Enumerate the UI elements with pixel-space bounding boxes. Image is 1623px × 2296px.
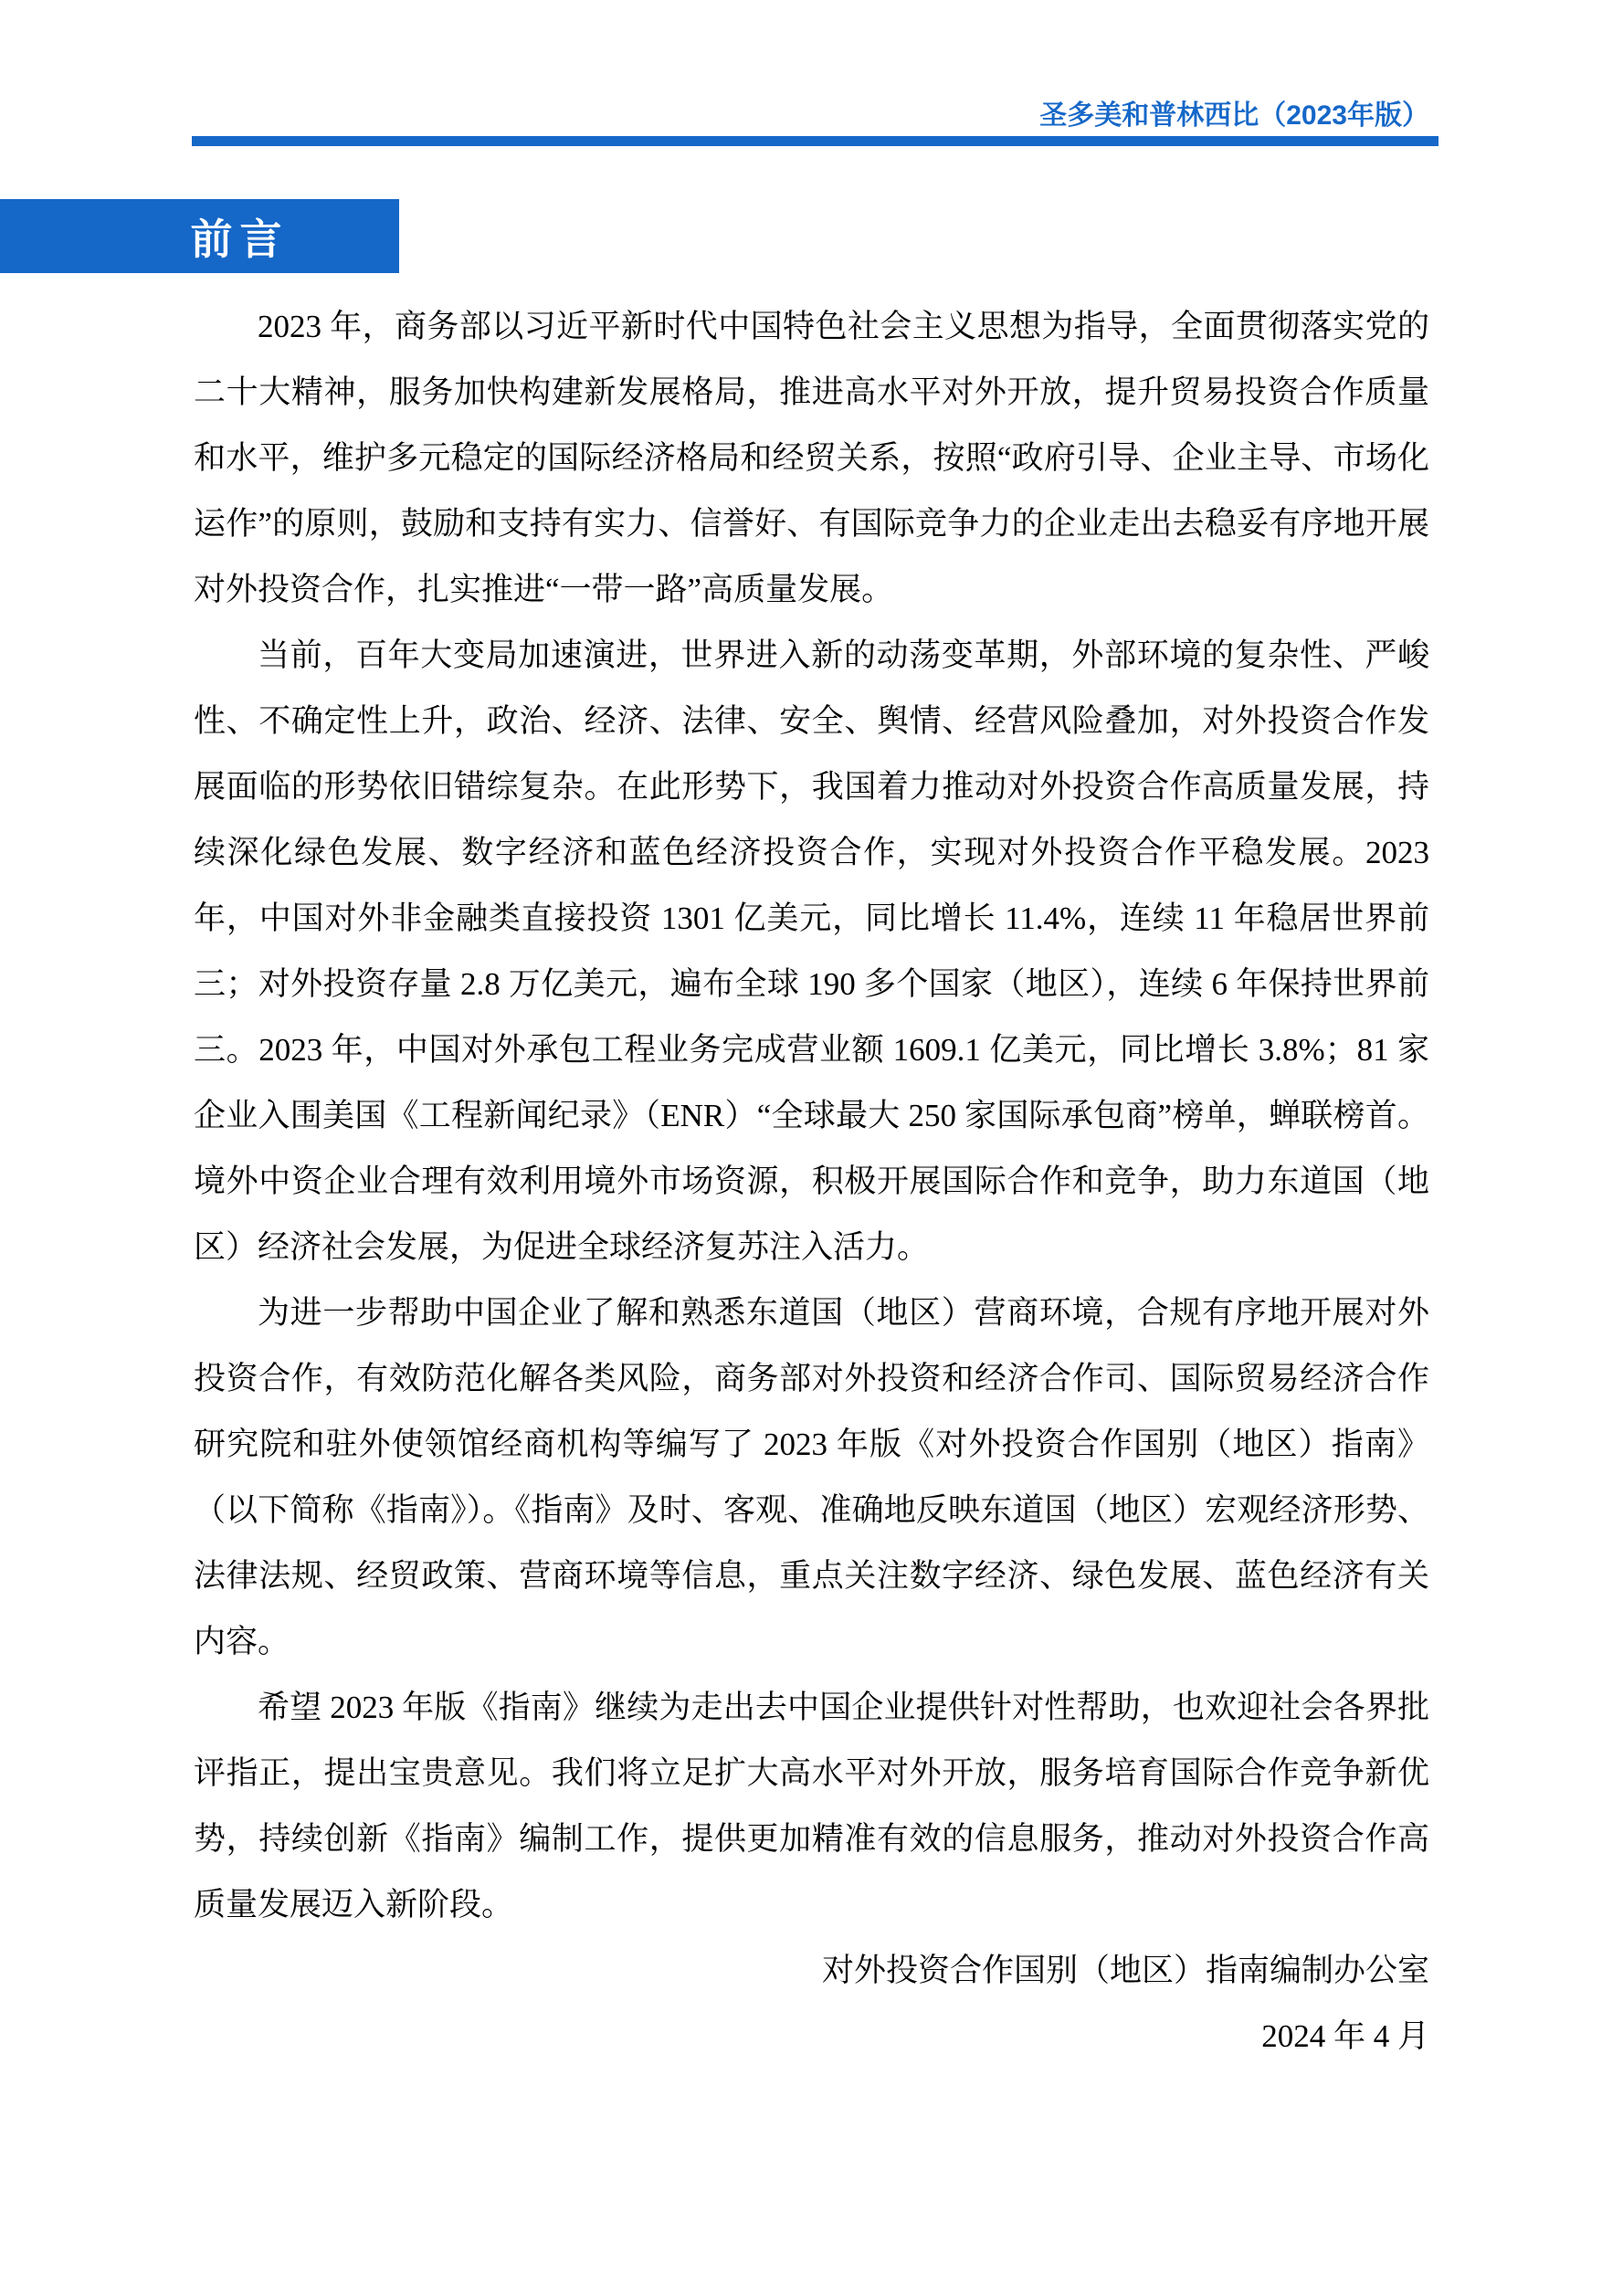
preface-paragraph: 希望 2023 年版《指南》继续为走出去中国企业提供针对性帮助，也欢迎社会各界批…	[194, 1675, 1429, 1938]
header-rule	[192, 136, 1439, 146]
signature-office: 对外投资合作国别（地区）指南编制办公室	[194, 1938, 1429, 2004]
preface-paragraph: 2023 年，商务部以习近平新时代中国特色社会主义思想为指导，全面贯彻落实党的二…	[194, 294, 1429, 623]
preface-body: 2023 年，商务部以习近平新时代中国特色社会主义思想为指导，全面贯彻落实党的二…	[194, 294, 1429, 2070]
preface-paragraph: 为进一步帮助中国企业了解和熟悉东道国（地区）营商环境，合规有序地开展对外投资合作…	[194, 1280, 1429, 1675]
signature-date: 2024 年 4 月	[194, 2004, 1429, 2070]
preface-title-box: 前言	[0, 199, 399, 273]
preface-paragraph: 当前，百年大变局加速演进，世界进入新的动荡变革期，外部环境的复杂性、严峻性、不确…	[194, 623, 1429, 1280]
preface-title: 前言	[191, 206, 290, 267]
header-edition-label: 圣多美和普林西比（2023年版）	[1039, 100, 1429, 132]
document-page: 圣多美和普林西比（2023年版） 前言 2023 年，商务部以习近平新时代中国特…	[0, 0, 1623, 2296]
